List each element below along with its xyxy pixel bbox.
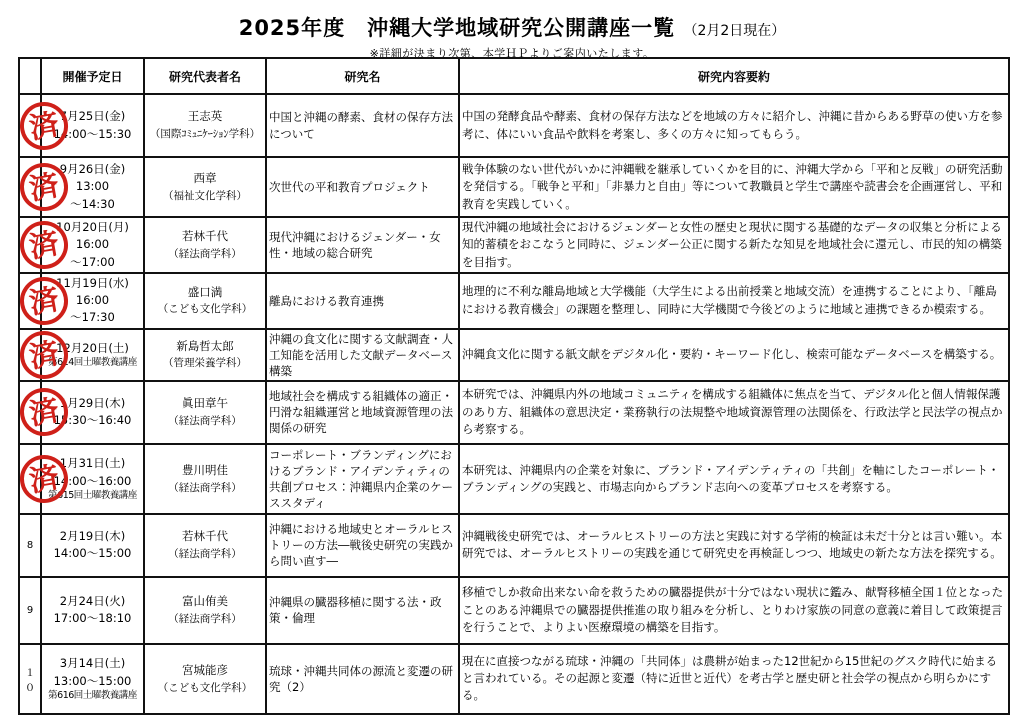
event-time: 17:00～18:10 xyxy=(44,610,141,627)
research-summary-cell: 中国の発酵食品や酵素、食材の保存方法などを地域の方々に紹介し、沖縄に昔からある野… xyxy=(459,94,1009,157)
research-summary-cell: 本研究では、沖縄県内外の地域コミュニティを構成する組織体に焦点を当て、デジタル化… xyxy=(459,381,1009,444)
researcher-name: 宮城能彦 xyxy=(147,662,263,680)
researcher-dept: （管理栄養学科） xyxy=(147,355,263,371)
researcher-cell: 盛口満 （こども文化学科） xyxy=(144,273,266,329)
event-time: ～17:30 xyxy=(44,309,141,326)
page-title-date-note: （2月2日現在） xyxy=(683,23,785,39)
event-date: 3月14日(土) xyxy=(44,655,141,672)
date-cell: 2月19日(木) 14:00～15:00 xyxy=(41,514,144,577)
researcher-dept: （経法商学科） xyxy=(147,546,263,562)
row-number-cell: 済 xyxy=(19,94,41,157)
event-date: 12月20日(土) xyxy=(44,340,141,357)
event-time: 14:00～15:00 xyxy=(44,545,141,562)
row-number-cell: 済 xyxy=(19,329,41,381)
research-title-cell: 沖縄の食文化に関する文献調査・人工知能を活用した文献データベース構築 xyxy=(266,329,459,381)
researcher-name: 富山侑美 xyxy=(147,593,263,611)
row-number-cell: １０ xyxy=(19,644,41,714)
researcher-name: 新島哲太郎 xyxy=(147,338,263,356)
table-row: 済 1月31日(土) 14:00～16:00 第615回土曜教養講座 豊川明佳 … xyxy=(19,444,1009,514)
table-row: 済 11月19日(水) 16:00 ～17:30 盛口満 （こども文化学科） 離… xyxy=(19,273,1009,329)
researcher-dept: （経法商学科） xyxy=(147,246,263,262)
table-row: 9 2月24日(火) 17:00～18:10 富山侑美 （経法商学科） 沖縄県の… xyxy=(19,577,1009,644)
page-title: 2025年度 沖縄大学地域研究公開講座一覧 （2月2日現在） xyxy=(0,12,1024,42)
lecture-table: 開催予定日 研究代表者名 研究名 研究内容要約 済 7月25日(金) 14:00… xyxy=(18,57,1010,715)
researcher-name: 西章 xyxy=(147,170,263,188)
event-time: 14:00～16:00 xyxy=(44,473,141,490)
researcher-dept: （福祉文化学科） xyxy=(147,188,263,204)
date-cell: 10月20日(月) 16:00 ～17:00 xyxy=(41,217,144,273)
table-row: 済 1月29日(木) 15:30～16:40 眞田章午 （経法商学科） 地域社会… xyxy=(19,381,1009,444)
researcher-name: 眞田章午 xyxy=(147,395,263,413)
header-summary: 研究内容要約 xyxy=(459,58,1009,94)
event-date: 11月19日(水) 16:00 xyxy=(44,275,141,310)
date-cell: 3月14日(土) 13:00～15:00 第616回土曜教養講座 xyxy=(41,644,144,714)
header-date: 開催予定日 xyxy=(41,58,144,94)
table-row: 8 2月19日(木) 14:00～15:00 若林千代 （経法商学科） 沖縄にお… xyxy=(19,514,1009,577)
researcher-dept: （経法商学科） xyxy=(147,413,263,429)
research-title-cell: コーポレート・ブランディングにおけるブランド・アイデンティティの共創プロセス：沖… xyxy=(266,444,459,514)
research-title-cell: 現代沖縄におけるジェンダー・女性・地域の総合研究 xyxy=(266,217,459,273)
event-date: 2月24日(火) xyxy=(44,593,141,610)
event-date: 2月19日(木) xyxy=(44,528,141,545)
researcher-cell: 西章 （福祉文化学科） xyxy=(144,157,266,217)
research-summary-cell: 移植でしか救命出来ない命を救うための臓器提供が十分ではない現状に鑑み、献腎移植全… xyxy=(459,577,1009,644)
researcher-cell: 新島哲太郎 （管理栄養学科） xyxy=(144,329,266,381)
research-summary-cell: 戦争体験のない世代がいかに沖縄戦を継承していくかを目的に、沖縄大学から「平和と反… xyxy=(459,157,1009,217)
row-number: 8 xyxy=(27,540,33,551)
event-time: 15:30～16:40 xyxy=(44,412,141,429)
event-date: 1月31日(土) xyxy=(44,455,141,472)
researcher-cell: 富山侑美 （経法商学科） xyxy=(144,577,266,644)
researcher-name: 若林千代 xyxy=(147,228,263,246)
research-summary-cell: 現代沖縄の地域社会におけるジェンダーと女性の歴史と現状に関する基礎的なデータの収… xyxy=(459,217,1009,273)
row-number-cell: 済 xyxy=(19,273,41,329)
research-title-cell: 離島における教育連携 xyxy=(266,273,459,329)
page-header: 2025年度 沖縄大学地域研究公開講座一覧 （2月2日現在） ※詳細が決まり次第… xyxy=(0,0,1024,61)
research-title-cell: 地域社会を構成する組織体の適正・円滑な組織運営と地域資源管理の法関係の研究 xyxy=(266,381,459,444)
research-summary-cell: 本研究は、沖縄県内の企業を対象に、ブランド・アイデンティティの「共創」を軸にした… xyxy=(459,444,1009,514)
research-title-cell: 次世代の平和教育プロジェクト xyxy=(266,157,459,217)
researcher-cell: 王志英 （国際ｺﾐｭﾆｹｰｼｮﾝ学科） xyxy=(144,94,266,157)
table-header-row: 開催予定日 研究代表者名 研究名 研究内容要約 xyxy=(19,58,1009,94)
date-cell: 1月29日(木) 15:30～16:40 xyxy=(41,381,144,444)
row-number: 9 xyxy=(27,605,33,616)
researcher-cell: 若林千代 （経法商学科） xyxy=(144,514,266,577)
researcher-dept: （こども文化学科） xyxy=(147,680,263,696)
row-number-cell: 済 xyxy=(19,444,41,514)
event-time: ～17:00 xyxy=(44,254,141,271)
research-title-cell: 沖縄における地域史とオーラルヒストリーの方法―戦後史研究の実践から問い直す― xyxy=(266,514,459,577)
date-cell: 11月19日(水) 16:00 ～17:30 xyxy=(41,273,144,329)
research-summary-cell: 現在に直接つながる琉球・沖縄の「共同体」は農耕が始まった12世紀から15世紀のグ… xyxy=(459,644,1009,714)
research-title-cell: 琉球・沖縄共同体の源流と変遷の研究（2） xyxy=(266,644,459,714)
date-cell: 9月26日(金) 13:00 ～14:30 xyxy=(41,157,144,217)
event-date: 7月25日(金) xyxy=(44,108,141,125)
header-number xyxy=(19,58,41,94)
date-cell: 2月24日(火) 17:00～18:10 xyxy=(41,577,144,644)
row-number-cell: 済 xyxy=(19,217,41,273)
table-row: 済 9月26日(金) 13:00 ～14:30 西章 （福祉文化学科） 次世代の… xyxy=(19,157,1009,217)
event-time: 13:00～15:00 xyxy=(44,673,141,690)
researcher-name: 王志英 xyxy=(147,108,263,126)
researcher-name: 若林千代 xyxy=(147,528,263,546)
researcher-name: 豊川明佳 xyxy=(147,462,263,480)
research-title-cell: 沖縄県の臓器移植に関する法・政策・倫理 xyxy=(266,577,459,644)
table-row: １０ 3月14日(土) 13:00～15:00 第616回土曜教養講座 宮城能彦… xyxy=(19,644,1009,714)
research-title-cell: 中国と沖縄の酵素、食材の保存方法について xyxy=(266,94,459,157)
header-researcher: 研究代表者名 xyxy=(144,58,266,94)
row-number-cell: 9 xyxy=(19,577,41,644)
researcher-dept: （国際ｺﾐｭﾆｹｰｼｮﾝ学科） xyxy=(147,126,263,142)
event-date: 10月20日(月) 16:00 xyxy=(44,219,141,254)
research-summary-cell: 地理的に不利な離島地域と大学機能（大学生による出前授業と地域交流）を連携すること… xyxy=(459,273,1009,329)
date-cell: 7月25日(金) 14:00～15:30 xyxy=(41,94,144,157)
researcher-dept: （こども文化学科） xyxy=(147,301,263,317)
lecture-series: 第614回土曜教養講座 xyxy=(44,357,141,369)
table-row: 済 12月20日(土) 第614回土曜教養講座 新島哲太郎 （管理栄養学科） 沖… xyxy=(19,329,1009,381)
researcher-cell: 宮城能彦 （こども文化学科） xyxy=(144,644,266,714)
researcher-dept: （経法商学科） xyxy=(147,480,263,496)
event-time: ～14:30 xyxy=(44,196,141,213)
event-time: 14:00～15:30 xyxy=(44,126,141,143)
table-row: 済 10月20日(月) 16:00 ～17:00 若林千代 （経法商学科） 現代… xyxy=(19,217,1009,273)
researcher-cell: 若林千代 （経法商学科） xyxy=(144,217,266,273)
event-date: 9月26日(金) 13:00 xyxy=(44,161,141,196)
research-summary-cell: 沖縄食文化に関する紙文献をデジタル化・要約・キーワード化し、検索可能なデータベー… xyxy=(459,329,1009,381)
row-number-cell: 8 xyxy=(19,514,41,577)
researcher-cell: 豊川明佳 （経法商学科） xyxy=(144,444,266,514)
event-date: 1月29日(木) xyxy=(44,395,141,412)
row-number-cell: 済 xyxy=(19,381,41,444)
header-research-title: 研究名 xyxy=(266,58,459,94)
date-cell: 1月31日(土) 14:00～16:00 第615回土曜教養講座 xyxy=(41,444,144,514)
row-number: １０ xyxy=(25,668,35,694)
page-title-text: 2025年度 沖縄大学地域研究公開講座一覧 xyxy=(239,16,675,40)
date-cell: 12月20日(土) 第614回土曜教養講座 xyxy=(41,329,144,381)
researcher-cell: 眞田章午 （経法商学科） xyxy=(144,381,266,444)
research-summary-cell: 沖縄戦後史研究では、オーラルヒストリーの方法と実践に対する学術的検証は未だ十分と… xyxy=(459,514,1009,577)
researcher-name: 盛口満 xyxy=(147,284,263,302)
row-number-cell: 済 xyxy=(19,157,41,217)
researcher-dept: （経法商学科） xyxy=(147,611,263,627)
lecture-series: 第615回土曜教養講座 xyxy=(44,490,141,502)
table-row: 済 7月25日(金) 14:00～15:30 王志英 （国際ｺﾐｭﾆｹｰｼｮﾝ学… xyxy=(19,94,1009,157)
lecture-series: 第616回土曜教養講座 xyxy=(44,690,141,702)
